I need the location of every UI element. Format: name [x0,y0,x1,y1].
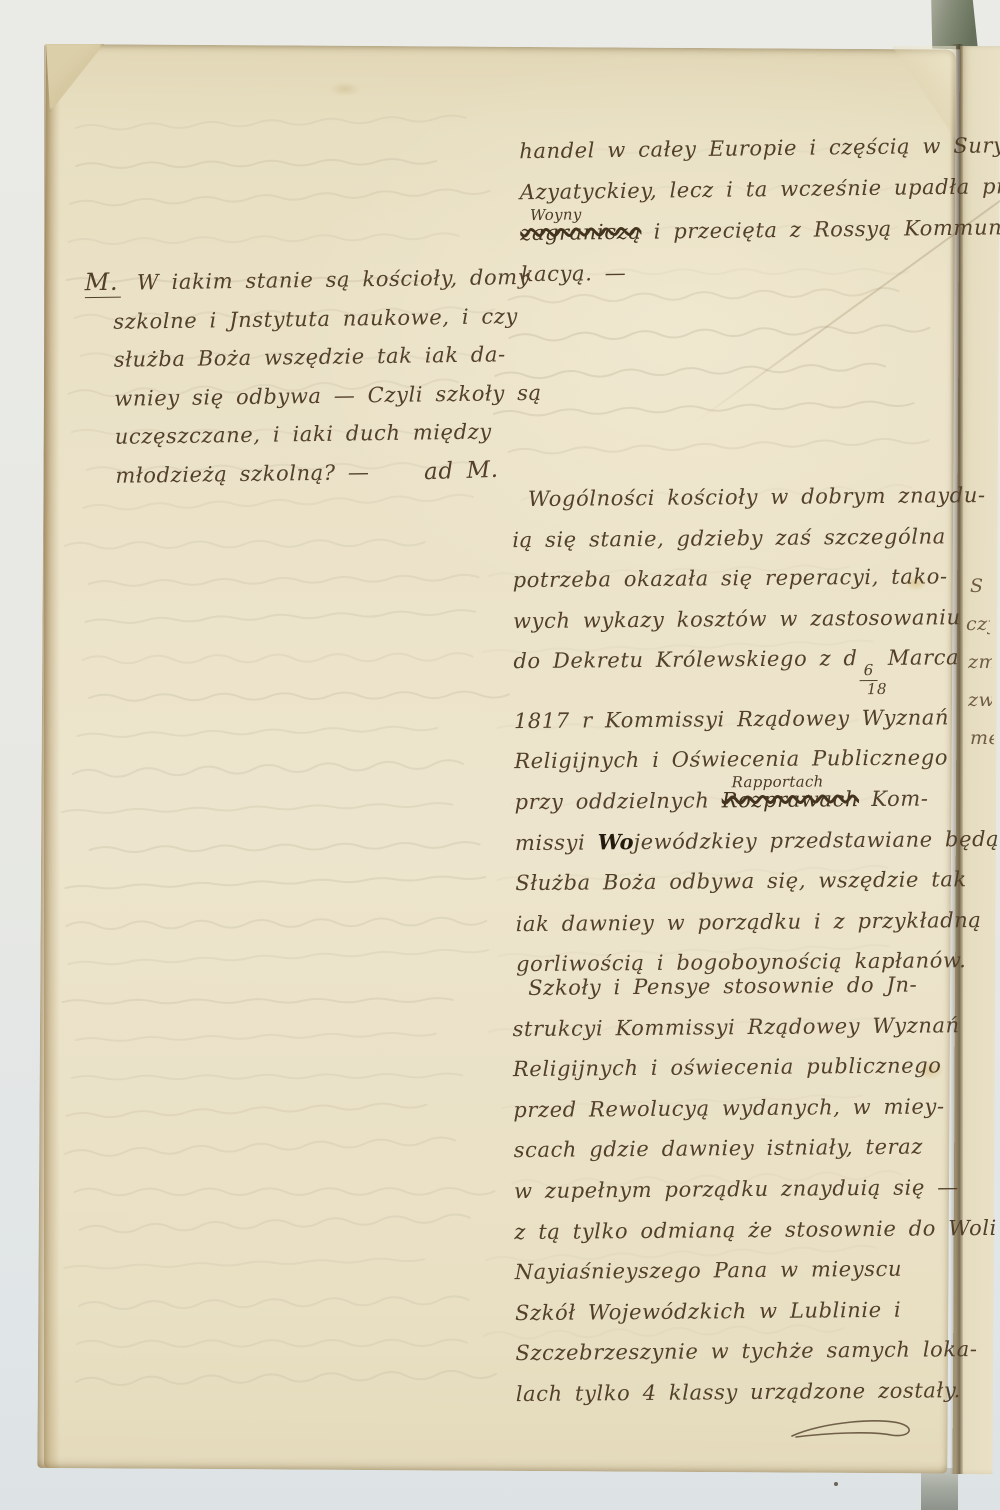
handwritten-line: w zupełnym porządku znayduią się — [514,1167,997,1212]
handwritten-line: przy oddzielnych RapportachRozprawach Ko… [514,778,1000,823]
handwritten-text: przy oddzielnych [515,789,710,815]
handwritten-line: handel w całey Europie i częścią w Suryi [519,125,1000,172]
margin-marker: M. [84,268,121,299]
handwritten-line: Nayiaśnieyszego Pana w mieyscu [515,1248,998,1293]
handwritten-line: scach gdzie dawniey istniały, teraz [513,1126,996,1171]
handwritten-line: Szkoły i Pensye stosownie do Jn- [512,964,995,1009]
flourish-mark [788,1414,928,1448]
handwritten-line: z tą tylko odmianą że stosownie do Woli [514,1207,997,1252]
dust-speck [834,1482,838,1486]
handwritten-line: Azyatyckiey, lecz i ta wcześnie upadła p… [520,166,1000,213]
top-right-paragraph: handel w całey Europie i częścią w Suryi… [519,125,1000,295]
handwritten-text: i przecięta z Rossyą Kommuni- [654,215,1000,243]
handwritten-line: Woynyzagraniczą i przecięta z Rossyą Kom… [520,207,1000,254]
handwritten-line: potrzeba okazała się reperacyi, tako- [513,556,1000,601]
handwritten-line: Wogólności kościoły w dobrym znaydu- [512,475,1000,520]
inserted-word: Woyny [530,194,582,236]
paper-rough-left-edge [44,44,60,1468]
handwritten-line: kacyą. — [521,248,1000,295]
handwritten-line: Szczebrzeszynie w tychże samych loka- [515,1329,998,1374]
overwritten-letters: Wo [598,829,634,854]
handwritten-line: do Dekretu Królewskiego z d618Marca [513,637,1000,701]
handwritten-line: iak dawniey w porządku i z przykładną [516,900,1000,945]
handwritten-line: 1817 r Kommissyi Rządowey Wyznań [514,697,1000,742]
handwritten-text: Marca [888,646,960,671]
handwritten-text: Kom- [871,787,928,811]
handwritten-line: przed Rewolucyą wydanych, w miey- [513,1086,996,1131]
handwritten-line: ią się stanie, gdzieby zaś szczególna [512,515,1000,560]
handwritten-text: W iakim stanie są kościoły, domy [137,265,530,294]
handwritten-line: wych wykazy kosztów w zastosowaniu [513,597,1000,642]
binding-tab-top [926,0,978,50]
foxing-spot [330,82,360,96]
handwritten-line: wniey się odbywa — Czyli szkoły są [86,373,542,418]
handwritten-line: lach tylko 4 klassy urządzone zostały. [516,1370,999,1415]
handwritten-line: Religijnych i oświecenia publicznego [513,1045,996,1090]
binding-tab-bottom [921,1468,958,1510]
body-paragraph-1: Wogólności kościoły w dobrym znaydu- ią … [512,475,1000,985]
handwritten-line: Służba Boża odbywa się, wszędzie tak [515,859,1000,904]
handwritten-text: missyi [515,830,586,855]
handwritten-line: strukcyi Kommissyi Rządowey Wyznań [512,1004,995,1049]
date-fraction: 618 [863,663,884,698]
body-paragraph-2: Szkoły i Pensye stosownie do Jn- strukcy… [512,964,998,1415]
handwritten-line: uczęszczane, i iaki duch między [87,412,543,457]
handwritten-text: jewódzkiey przedstawiane będą. [633,827,1000,854]
manuscript-scan: S czy zm zw me handel w całey Europie i … [0,0,1000,1510]
handwritten-line: Szkół Wojewódzkich w Lublinie i [515,1289,998,1334]
handwritten-line: missyi Wojewódzkiey przedstawiane będą. [515,819,1000,864]
margin-signoff: ad M. [424,457,499,486]
handwritten-text: do Dekretu Królewskiego z d [513,647,857,674]
handwritten-line: M.W iakim stanie są kościoły, domy [84,257,540,303]
handwritten-line: służba Boża wszędzie tak iak da- [85,335,541,380]
inserted-word: Rapportach [731,762,823,803]
handwritten-line: szkolne i Jnstytuta naukowe, i czy [85,296,541,341]
